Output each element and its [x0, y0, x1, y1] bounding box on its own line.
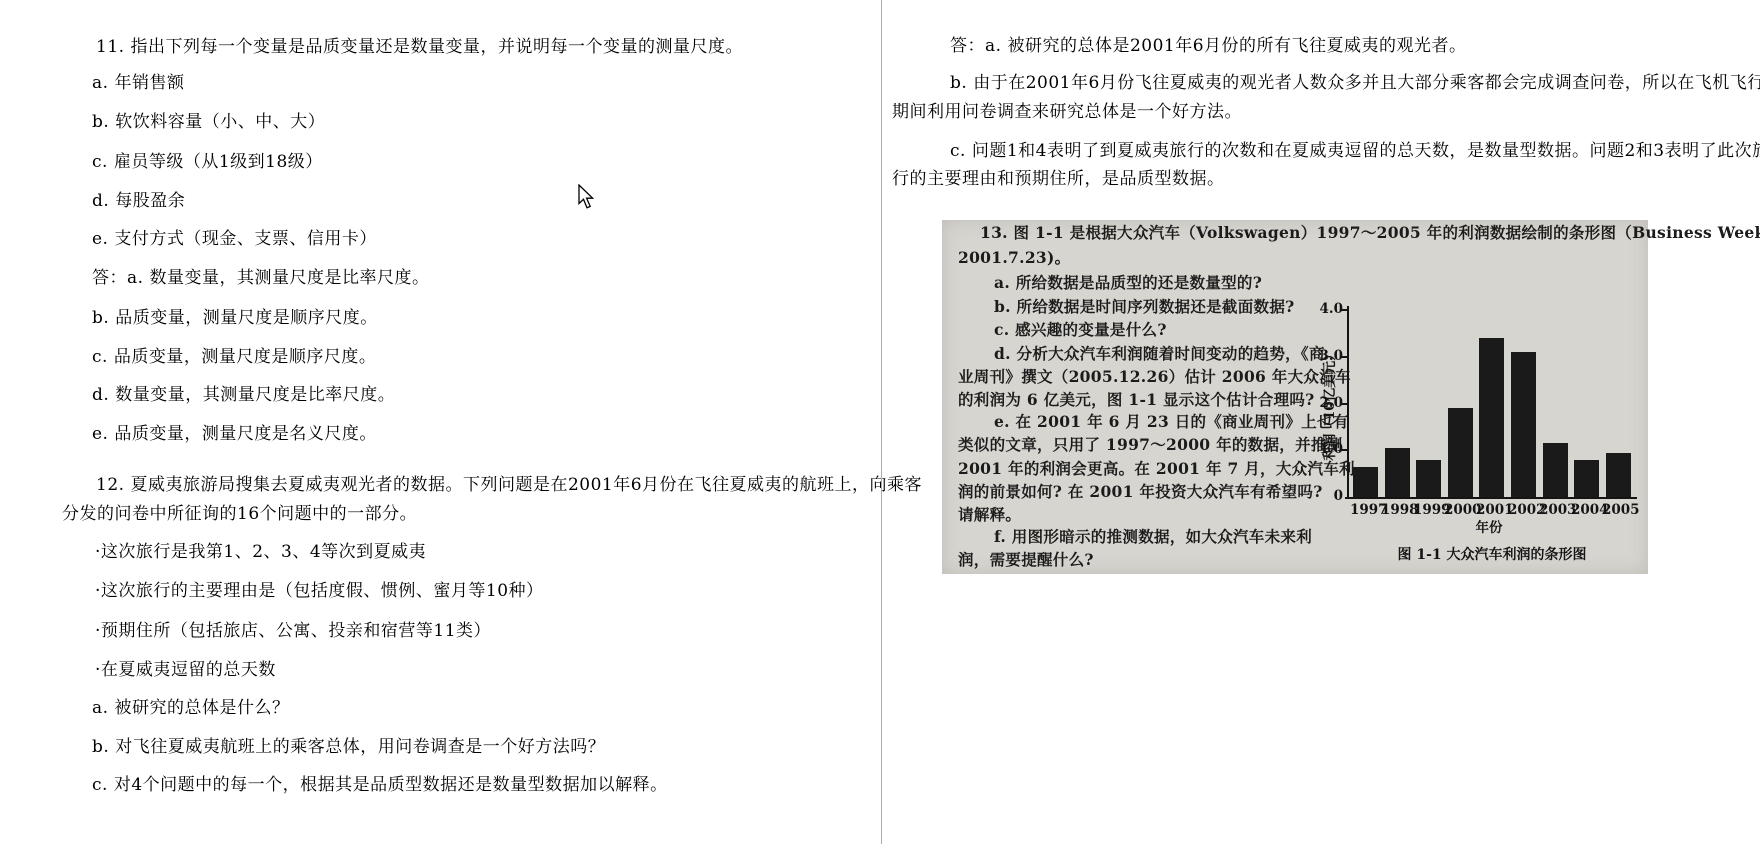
x-tick-label: 1998 [1381, 502, 1413, 518]
document-viewer: 11. 指出下列每一个变量是品质变量还是数量变量，并说明每一个变量的测量尺度。 … [0, 0, 1760, 844]
text-line: b. 由于在2001年6月份飞往夏威夷的观光者人数众多并且大部分乘客都会完成调查… [950, 72, 1760, 94]
y-tick-label: 4.0 [1309, 301, 1343, 317]
text-line: c. 问题1和4表明了到夏威夷旅行的次数和在夏威夷逗留的总天数，是数量型数据。问… [950, 140, 1760, 162]
text-line: 11. 指出下列每一个变量是品质变量还是数量变量，并说明每一个变量的测量尺度。 [96, 36, 743, 58]
text-line: a. 年销售额 [92, 72, 184, 94]
text-line: 答：a. 被研究的总体是2001年6月份的所有飞往夏威夷的观光者。 [950, 35, 1467, 57]
text-line: e. 品质变量，测量尺度是名义尺度。 [92, 423, 377, 445]
text-line: ·这次旅行是我第1、2、3、4等次到夏威夷 [95, 541, 426, 563]
bar [1448, 408, 1473, 497]
text-line: c. 对4个问题中的每一个，根据其是品质型数据还是数量型数据加以解释。 [92, 774, 668, 796]
y-tick-label: 3.0 [1309, 348, 1343, 364]
x-tick-label: 2005 [1602, 502, 1634, 518]
text-line: e. 支付方式（现金、支票、信用卡） [92, 228, 377, 250]
text-line: b. 对飞往夏威夷航班上的乘客总体，用问卷调查是一个好方法吗？ [92, 736, 605, 758]
text-line: ·这次旅行的主要理由是（包括度假、惯例、蜜月等10种） [95, 580, 544, 602]
figure-caption: 图 1-1 大众汽车利润的条形图 [1362, 544, 1622, 564]
figure-scan: 13. 图 1-1 是根据大众汽车（Volkswagen）1997～2005 年… [942, 220, 1648, 574]
bar-chart: 利润（10亿美元） 年份 图 1-1 大众汽车利润的条形图 1997199819… [942, 220, 1648, 574]
y-tick-label: 2.0 [1309, 395, 1343, 411]
text-line: d. 每股盈余 [92, 190, 185, 212]
y-tick [1341, 449, 1347, 451]
x-tick-label: 2004 [1571, 502, 1603, 518]
y-tick [1341, 356, 1347, 358]
x-tick-label: 2000 [1444, 502, 1476, 518]
text-line: 期间利用问卷调查来研究总体是一个好方法。 [892, 101, 1242, 123]
x-axis-line [1345, 497, 1637, 499]
text-line: d. 数量变量，其测量尺度是比率尺度。 [92, 384, 395, 406]
y-axis-line [1347, 306, 1349, 499]
bar [1479, 338, 1504, 497]
y-tick-label: 0 [1309, 488, 1343, 504]
text-line: c. 品质变量，测量尺度是顺序尺度。 [92, 346, 376, 368]
text-line: b. 软饮料容量（小、中、大） [92, 111, 325, 133]
text-line: ·在夏威夷逗留的总天数 [95, 659, 276, 681]
y-tick [1341, 309, 1347, 311]
text-line: 行的主要理由和预期住所，是品质型数据。 [892, 168, 1225, 190]
y-tick-label: 1.0 [1309, 441, 1343, 457]
page-left[interactable]: 11. 指出下列每一个变量是品质变量还是数量变量，并说明每一个变量的测量尺度。 … [62, 0, 874, 844]
bar [1574, 460, 1599, 497]
x-tick-label: 2003 [1539, 502, 1571, 518]
y-tick [1341, 403, 1347, 405]
x-tick-label: 1999 [1413, 502, 1445, 518]
bar [1416, 460, 1441, 497]
text-line: c. 雇员等级（从1级到18级） [92, 151, 323, 173]
bar [1353, 467, 1378, 497]
bar [1606, 453, 1631, 497]
text-line: a. 被研究的总体是什么？ [92, 697, 289, 719]
bar [1543, 443, 1568, 497]
text-line: ·预期住所（包括旅店、公寓、投亲和宿营等11类） [95, 620, 491, 642]
bar [1385, 448, 1410, 497]
bar [1511, 352, 1536, 497]
x-tick-label: 2002 [1508, 502, 1540, 518]
text-line: b. 品质变量，测量尺度是顺序尺度。 [92, 307, 378, 329]
text-line: 答：a. 数量变量，其测量尺度是比率尺度。 [92, 267, 429, 289]
page-right[interactable]: 答：a. 被研究的总体是2001年6月份的所有飞往夏威夷的观光者。 b. 由于在… [892, 0, 1758, 844]
x-tick-label: 2001 [1476, 502, 1508, 518]
text-line: 12. 夏威夷旅游局搜集去夏威夷观光者的数据。下列问题是在2001年6月份在飞往… [96, 474, 922, 496]
text-line: 分发的问卷中所征询的16个问题中的一部分。 [62, 503, 417, 525]
x-axis-title: 年份 [1457, 516, 1521, 536]
page-divider [881, 0, 882, 844]
x-tick-label: 1997 [1350, 502, 1382, 518]
mouse-cursor [578, 184, 594, 210]
